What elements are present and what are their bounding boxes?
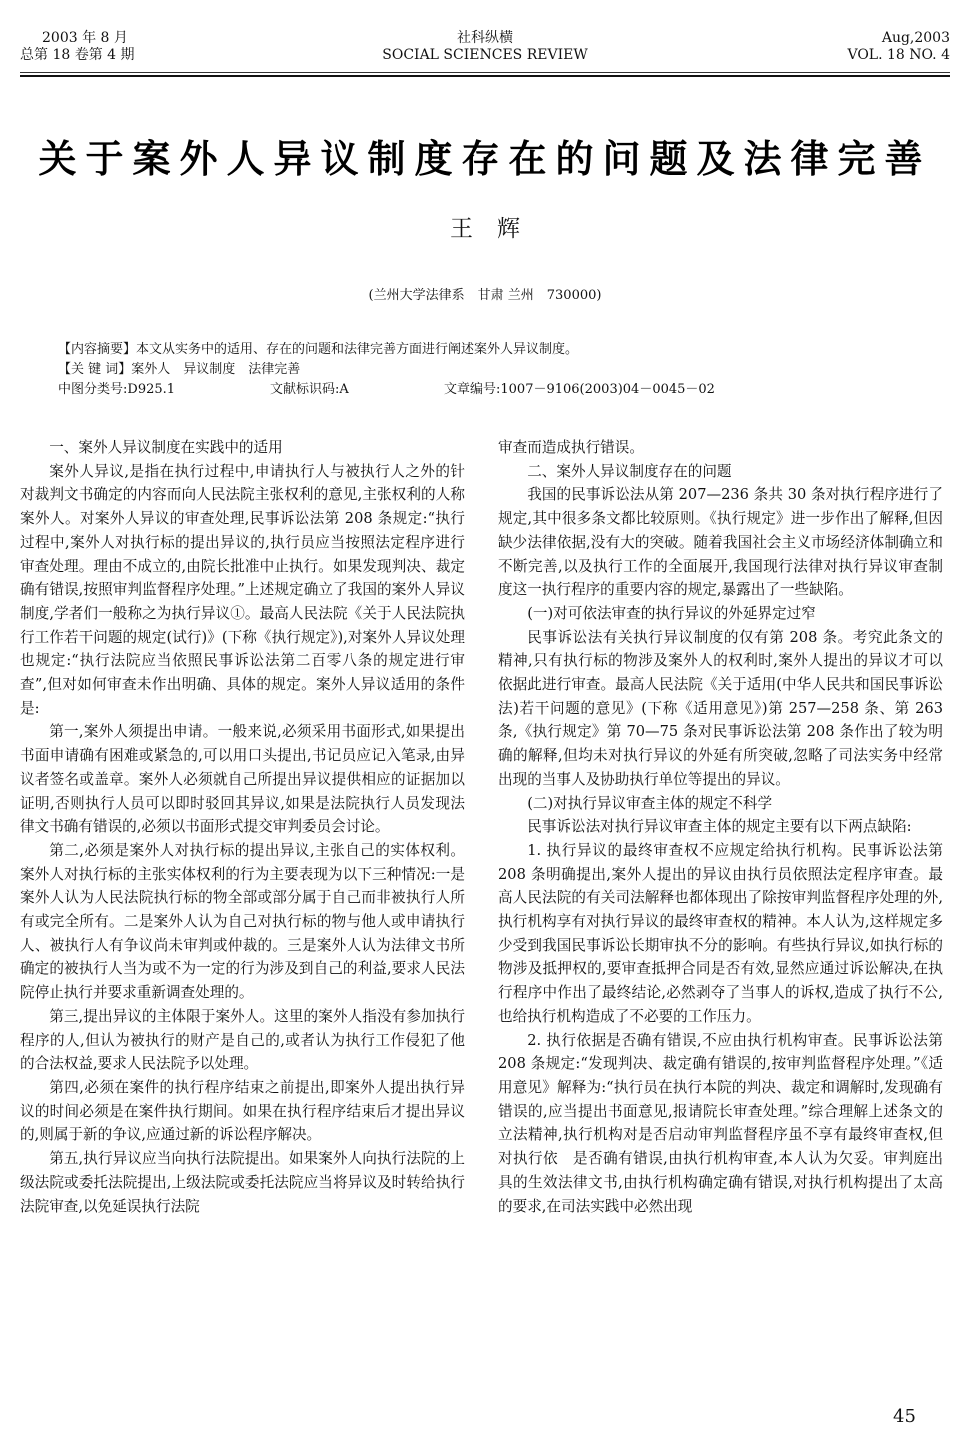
body-paragraph: 第三,提出异议的主体限于案外人。这里的案外人指没有参加执行程序的人,但认为被执行… xyxy=(20,1005,465,1076)
body-paragraph: 第四,必须在案件的执行程序结束之前提出,即案外人提出执行异议的时间必须是在案件执… xyxy=(20,1076,465,1147)
section-heading: 二、案外人异议制度存在的问题 xyxy=(498,460,943,484)
right-column: 审查而造成执行错误。 二、案外人异议制度存在的问题 我国的民事诉讼法从第 207… xyxy=(498,436,943,1218)
header-rule-thick xyxy=(20,75,950,77)
article-no-label: 文章编号: xyxy=(444,382,500,397)
article-title: 关于案外人异议制度存在的问题及法律完善 xyxy=(0,128,970,183)
journal-header: 2003 年 8 月 总第 18 卷第 4 期 社科纵横 SOCIAL SCIE… xyxy=(20,30,950,70)
body-paragraph: 第一,案外人须提出申请。一般来说,必须采用书面形式,如果提出书面申请确有困难或紧… xyxy=(20,720,465,839)
left-column: 一、案外人异议制度在实践中的适用 案外人异议,是指在执行过程中,申请执行人与被执… xyxy=(20,436,465,1218)
body-paragraph: 民事诉讼法对执行异议审查主体的规定主要有以下两点缺陷: xyxy=(498,815,943,839)
continued-text: 审查而造成执行错误。 xyxy=(498,436,943,460)
volume-issue-en: VOL. 18 NO. 4 xyxy=(847,47,950,64)
clc-value: D925.1 xyxy=(127,382,175,397)
journal-name: 社科纵横 SOCIAL SCIENCES REVIEW xyxy=(20,30,950,64)
section-heading: 一、案外人异议制度在实践中的适用 xyxy=(20,436,465,460)
keywords-label: 【关 键 词】 xyxy=(58,362,131,377)
clc-field: 中图分类号:D925.1 xyxy=(58,380,270,400)
article-metadata: 【内容摘要】本文从实务中的适用、存在的问题和法律完善方面进行阐述案外人异议制度。… xyxy=(58,340,715,400)
journal-name-cn: 社科纵横 xyxy=(20,30,950,47)
doc-code-value: A xyxy=(339,382,348,397)
body-paragraph: 案外人异议,是指在执行过程中,申请执行人与被执行人之外的针对裁判文书确定的内容而… xyxy=(20,460,465,721)
page-number: 45 xyxy=(893,1406,916,1427)
header-rule-thin xyxy=(20,72,950,73)
body-paragraph: 我国的民事诉讼法从第 207—236 条共 30 条对执行程序进行了规定,其中很… xyxy=(498,483,943,602)
article-no-value: 1007－9106(2003)04－0045－02 xyxy=(500,382,715,397)
keywords-text: 案外人 异议制度 法律完善 xyxy=(131,362,300,377)
classification-row: 中图分类号:D925.1文献标识码:A文章编号:1007－9106(2003)0… xyxy=(58,380,715,400)
keywords-row: 【关 键 词】案外人 异议制度 法律完善 xyxy=(58,360,715,380)
abstract-text: 本文从实务中的适用、存在的问题和法律完善方面进行阐述案外人异议制度。 xyxy=(136,342,578,357)
journal-name-en: SOCIAL SCIENCES REVIEW xyxy=(20,47,950,64)
body-paragraph: 第二,必须是案外人对执行标的提出异议,主张自己的实体权利。案外人对执行标的主张实… xyxy=(20,839,465,1005)
author-affiliation: (兰州大学法律系 甘肃 兰州 730000) xyxy=(0,284,970,303)
clc-label: 中图分类号: xyxy=(58,382,127,397)
body-paragraph: 1. 执行异议的最终审查权不应规定给执行机构。民事诉讼法第 208 条明确提出,… xyxy=(498,839,943,1029)
article-no-field: 文章编号:1007－9106(2003)04－0045－02 xyxy=(444,380,715,400)
body-paragraph: 民事诉讼法有关执行异议制度的仅有第 208 条。考究此条文的精神,只有执行标的物… xyxy=(498,626,943,792)
doc-code-field: 文献标识码:A xyxy=(270,380,444,400)
issue-info-en: Aug,2003 VOL. 18 NO. 4 xyxy=(847,30,950,64)
subsection-heading: (二)对执行异议审查主体的规定不科学 xyxy=(498,792,943,816)
body-paragraph: 2. 执行依据是否确有错误,不应由执行机构审查。民事诉讼法第 208 条规定:“… xyxy=(498,1029,943,1219)
doc-code-label: 文献标识码: xyxy=(270,382,339,397)
abstract-row: 【内容摘要】本文从实务中的适用、存在的问题和法律完善方面进行阐述案外人异议制度。 xyxy=(58,340,715,360)
body-paragraph: 第五,执行异议应当向执行法院提出。如果案外人向执行法院的上级法院或委托法院提出,… xyxy=(20,1147,465,1218)
abstract-label: 【内容摘要】 xyxy=(58,342,136,357)
article-author: 王辉 xyxy=(0,210,970,243)
issue-date-en: Aug,2003 xyxy=(847,30,950,47)
subsection-heading: (一)对可依法审查的执行异议的外延界定过窄 xyxy=(498,602,943,626)
